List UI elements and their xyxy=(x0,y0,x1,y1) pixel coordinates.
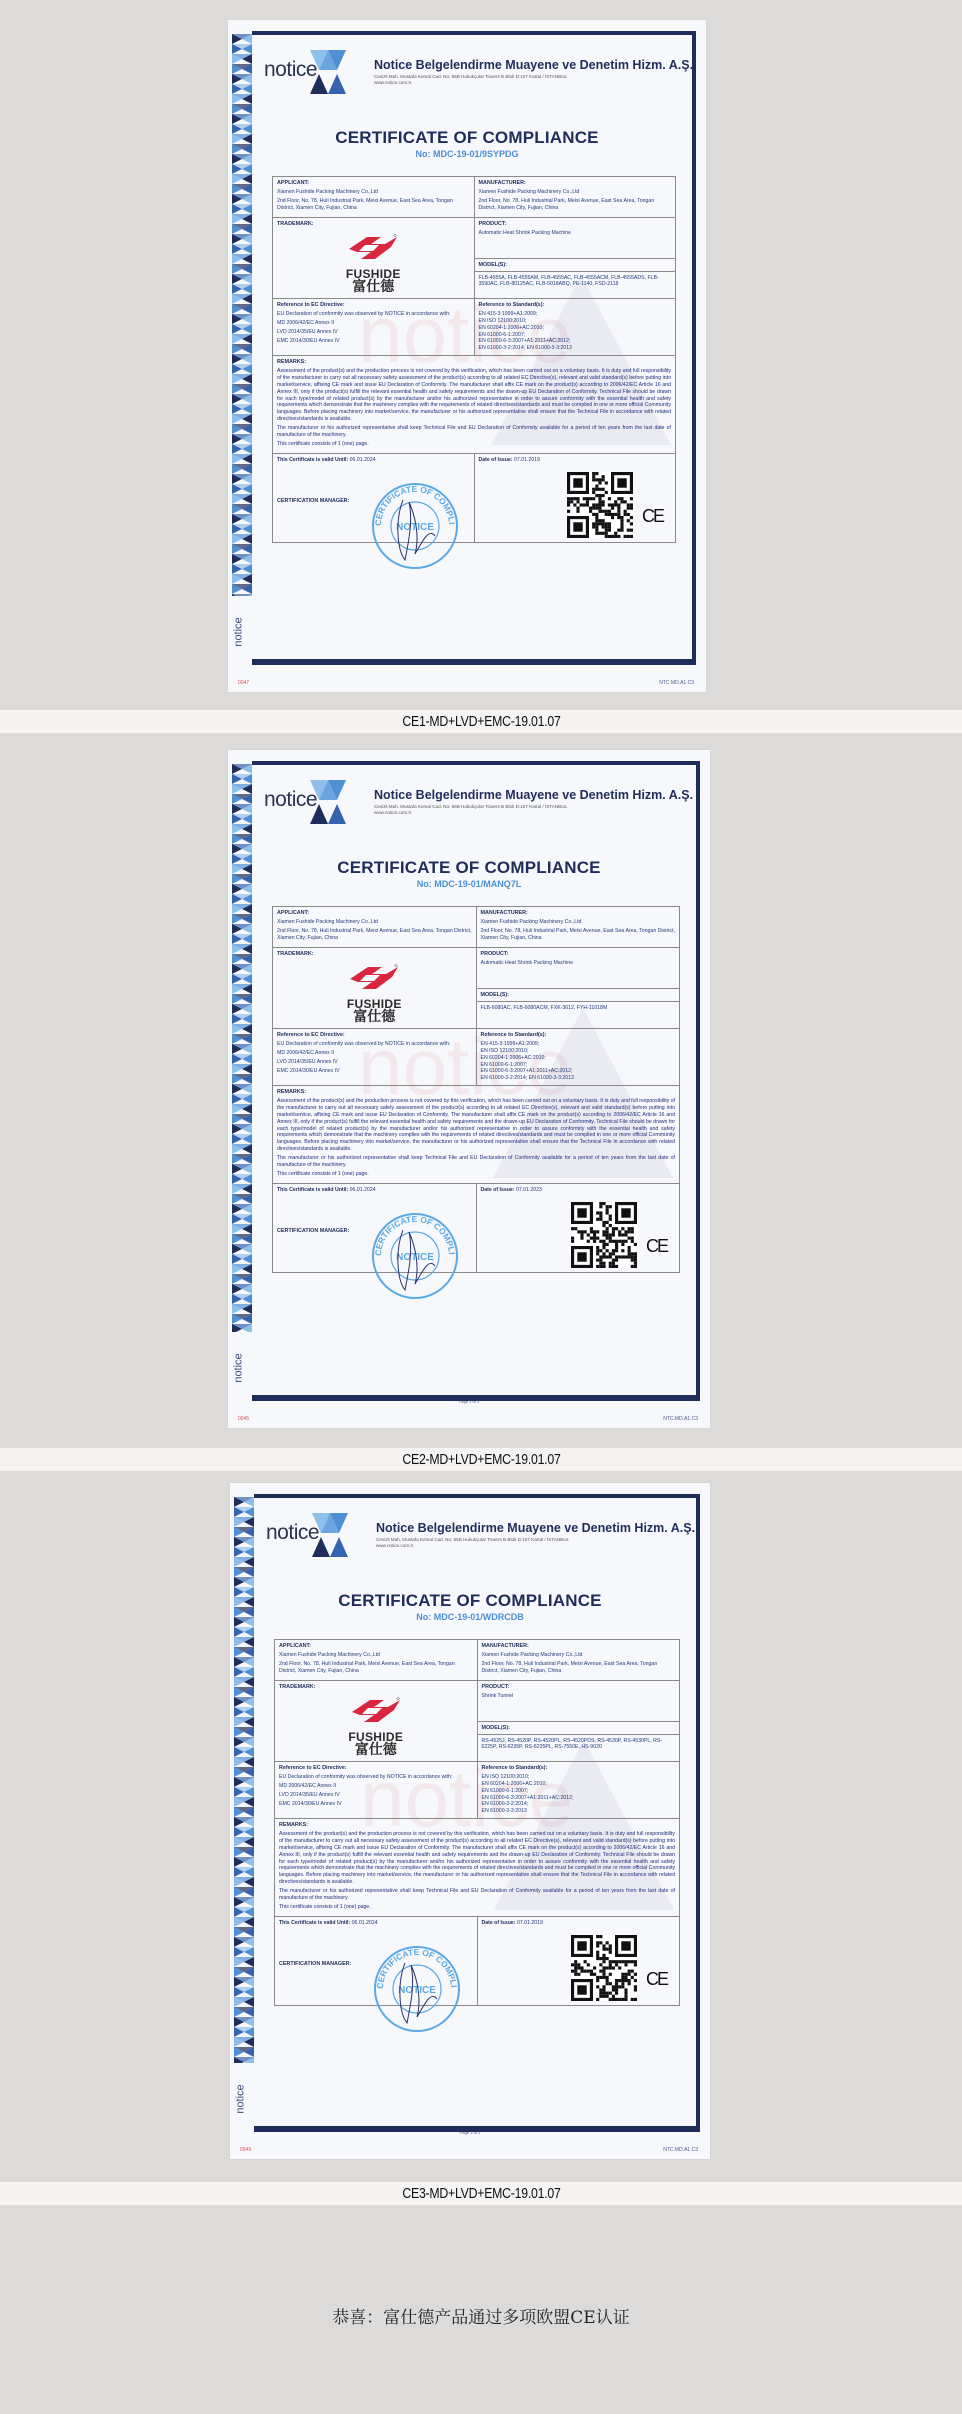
standard-item: EN 60204-1:2006+AC:2010; xyxy=(482,1781,676,1788)
certificate-table: APPLICANT: Xiamen Fushide Packing Machin… xyxy=(272,906,680,1273)
notice-stamp-icon: CERTIFICATE OF COMPLIANCE NOTICE xyxy=(371,1943,463,2035)
parties-row: APPLICANT: Xiamen Fushide Packing Machin… xyxy=(273,907,679,948)
ec-directive-lines: EU Declaration of conformity was observe… xyxy=(277,311,470,344)
trademark-label: TRADEMARK: xyxy=(277,951,472,957)
remarks-row: REMARKS: Assessment of the product(s) an… xyxy=(275,1819,679,1916)
text-line: MD 2006/42/EC Annex II xyxy=(277,320,470,327)
decorative-triangle-strip xyxy=(232,34,252,652)
validity-cell: This Certificate is valid Until: 06.01.2… xyxy=(273,454,474,542)
svg-text:CERTIFICATE OF COMPLIANCE: CERTIFICATE OF COMPLIANCE xyxy=(371,1943,459,1989)
references-row: Reference to EC Directive: EU Declaratio… xyxy=(273,299,675,356)
standards-list: EN ISO 12100:2010;EN 60204-1:2006+AC:201… xyxy=(482,1774,676,1815)
text-line: LVD 2014/35/EU Annex IV xyxy=(279,1792,473,1799)
text-line: MD 2006/42/EC Annex II xyxy=(277,1050,472,1057)
applicant-address: 2nd Floor, No. 78, Huli Industrial Park,… xyxy=(279,1661,473,1675)
remarks-text: Assessment of the product(s) and the pro… xyxy=(277,368,671,447)
standards-list: EN 415-3:1999+A1:2009;EN ISO 12100:2010;… xyxy=(481,1041,676,1082)
ec-directive-lines: EU Declaration of conformity was observe… xyxy=(279,1774,473,1807)
parties-row: APPLICANT: Xiamen Fushide Packing Machin… xyxy=(275,1640,679,1681)
standards-label: Reference to Standard(s): xyxy=(481,1032,676,1038)
standard-item: EN 61000-3-2:2014; EN 61000-3-3:2013 xyxy=(481,1075,676,1082)
text-line: LVD 2014/35/EU Annex IV xyxy=(277,329,470,336)
text-line: EU Declaration of conformity was observe… xyxy=(279,1774,473,1781)
remarks-label: REMARKS: xyxy=(277,1089,675,1095)
product-value: Automatic Heat Shrink Packing Machine xyxy=(481,960,676,988)
product-cell: PRODUCT: Automatic Heat Shrink Packing M… xyxy=(474,218,676,298)
trademark-brand: FUSHIDE xyxy=(277,998,472,1010)
certificate-2: notice notice notice Notice Belgelendirm… xyxy=(228,750,710,1428)
trademark-chinese: 富仕德 xyxy=(277,280,470,295)
product-value: Automatic Heat Shrink Packing Machine xyxy=(479,230,672,258)
certificate-caption: CE3-MD+LVD+EMC-19.01.07 xyxy=(0,2182,962,2205)
issuer-website: www.notice.com.tr xyxy=(374,80,411,85)
references-row: Reference to EC Directive: EU Declaratio… xyxy=(275,1762,679,1819)
product-cell: PRODUCT: Automatic Heat Shrink Packing M… xyxy=(476,948,680,1028)
text-line: EU Declaration of conformity was observe… xyxy=(277,311,470,318)
standards-label: Reference to Standard(s): xyxy=(482,1765,676,1771)
product-value: Shrink Tunnel xyxy=(482,1693,676,1721)
remarks-cell: REMARKS: Assessment of the product(s) an… xyxy=(273,356,675,452)
product-label: PRODUCT: xyxy=(479,221,672,227)
standard-item: EN 61000-3-2:2014; EN 61000-3-3:2013 xyxy=(479,345,672,352)
remarks-label: REMARKS: xyxy=(279,1822,675,1828)
serial-number: 0049 xyxy=(240,2147,251,2153)
trademark-label: TRADEMARK: xyxy=(277,221,470,227)
product-label: PRODUCT: xyxy=(482,1684,676,1690)
certification-manager-label: CERTIFICATION MANAGER: xyxy=(279,1961,351,1967)
standard-item: EN 415-3:1999+A1:2009; xyxy=(481,1041,676,1048)
models-value: FLB-4555A, FLB-4555AM, FLB-4555AC, FLB-4… xyxy=(479,275,672,289)
manufacturer-cell: MANUFACTURER: Xiamen Fushide Packing Mac… xyxy=(474,177,676,217)
ce-mark-icon: CE xyxy=(646,1969,667,1990)
notice-logo-icon xyxy=(310,1511,350,1559)
form-code: NTC.MD.A1.C3 xyxy=(663,2147,698,2153)
certificate-number: No: MDC-19-01/WDRCDB xyxy=(230,1612,710,1622)
certificate-table: APPLICANT: Xiamen Fushide Packing Machin… xyxy=(274,1639,680,2006)
applicant-cell: APPLICANT: Xiamen Fushide Packing Machin… xyxy=(273,907,476,947)
standard-item: EN 61000-6-3:2007+A1:2011+AC:2012; xyxy=(482,1795,676,1802)
text-line: The manufacturer or his authorized repre… xyxy=(277,425,671,439)
issuer-website: www.notice.com.tr xyxy=(374,810,411,815)
standards-cell: Reference to Standard(s): EN 415-3:1999+… xyxy=(476,1029,680,1085)
applicant-company: Xiamen Fushide Packing Machinery Co.,Ltd xyxy=(277,189,470,196)
standard-item: EN 61000-6-3:2007+A1:2011+AC:2012; xyxy=(481,1068,676,1075)
signature-row: This Certificate is valid Until: 06.01.2… xyxy=(273,454,675,542)
issuer-name: Notice Belgelendirme Muayene ve Denetim … xyxy=(374,58,693,72)
valid-until: This Certificate is valid Until: 06.01.2… xyxy=(277,457,470,463)
remarks-label: REMARKS: xyxy=(277,359,671,365)
text-line: Assessment of the product(s) and the pro… xyxy=(279,1831,675,1886)
signature-row: This Certificate is valid Until: 06.01.2… xyxy=(273,1184,679,1272)
trademark-product-row: TRADEMARK: FUSHIDE 富仕德 PRODUCT: Shrink T… xyxy=(275,1681,679,1762)
manufacturer-company: Xiamen Fushide Packing Machinery Co.,Ltd xyxy=(481,919,676,926)
applicant-address: 2nd Floor, No. 78, Huli Industrial Park,… xyxy=(277,198,470,212)
references-row: Reference to EC Directive: EU Declaratio… xyxy=(273,1029,679,1086)
notice-logo-icon xyxy=(308,48,348,96)
page-note: Page 1 of 1 xyxy=(228,1399,710,1404)
manufacturer-company: Xiamen Fushide Packing Machinery Co.,Ltd xyxy=(479,189,672,196)
trademark-brand: FUSHIDE xyxy=(277,268,470,280)
validity-cell: This Certificate is valid Until: 06.01.2… xyxy=(275,1917,477,2005)
standard-item: EN 61000-3-2:2014; xyxy=(482,1801,676,1808)
remarks-text: Assessment of the product(s) and the pro… xyxy=(277,1098,675,1177)
congratulation-message: 恭喜：富仕德产品通过多项欧盟CE认证 xyxy=(0,2303,962,2328)
issuer-header: notice Notice Belgelendirme Muayene ve D… xyxy=(264,48,690,100)
standard-item: EN ISO 12100:2010; xyxy=(482,1774,676,1781)
text-line: Assessment of the product(s) and the pro… xyxy=(277,368,671,423)
trademark-chinese: 富仕德 xyxy=(277,1010,472,1025)
fushide-emblem-icon xyxy=(346,963,402,993)
manufacturer-address: 2nd Floor, No. 78, Huli Industrial Park,… xyxy=(481,928,676,942)
trademark-chinese: 富仕德 xyxy=(279,1743,473,1758)
standard-item: EN 61000-6-1:2007; xyxy=(481,1062,676,1069)
trademark-product-row: TRADEMARK: FUSHIDE 富仕德 PRODUCT: Automati… xyxy=(273,948,679,1029)
ce-mark-icon: CE xyxy=(642,506,663,527)
caption-text: CE2-MD+LVD+EMC-19.01.07 xyxy=(402,1448,560,1471)
issuer-name: Notice Belgelendirme Muayene ve Denetim … xyxy=(376,1521,695,1535)
applicant-label: APPLICANT: xyxy=(279,1643,473,1649)
qr-code-icon xyxy=(567,472,633,538)
issuer-address: Cevizli Mah. Mustafa Kemal Cad. No: 66B … xyxy=(376,1537,569,1542)
models-value: RS-4525J, RS-4520P, RS-4520PL, RS-4520PD… xyxy=(482,1738,676,1752)
applicant-label: APPLICANT: xyxy=(277,910,472,916)
issuer-address: Cevizli Mah. Mustafa Kemal Cad. No: 66B … xyxy=(374,804,567,809)
standard-item: EN 61000-3-3:2013 xyxy=(482,1808,676,1815)
issuer-name: Notice Belgelendirme Muayene ve Denetim … xyxy=(374,788,693,802)
remarks-cell: REMARKS: Assessment of the product(s) an… xyxy=(275,1819,679,1915)
page-note: Page 1 of 1 xyxy=(230,2130,710,2135)
text-line: EU Declaration of conformity was observe… xyxy=(277,1041,472,1048)
models-label: MODEL(S): xyxy=(482,1725,676,1731)
certificate-table: APPLICANT: Xiamen Fushide Packing Machin… xyxy=(272,176,676,543)
date-of-issue: Date of Issue: 07.01.2023 xyxy=(481,1187,676,1193)
certificate-number: No: MDC-19-01/9SYPDG xyxy=(228,149,706,159)
serial-number: 0045 xyxy=(238,1416,249,1422)
manufacturer-address: 2nd Floor, No. 78, Huli Industrial Park,… xyxy=(482,1661,676,1675)
standard-item: EN 61000-6-1:2007; xyxy=(482,1788,676,1795)
text-line: EMC 2014/30/EU Annex IV xyxy=(277,1068,472,1075)
applicant-company: Xiamen Fushide Packing Machinery Co.,Ltd xyxy=(277,919,472,926)
svg-text:CERTIFICATE OF COMPLIANCE: CERTIFICATE OF COMPLIANCE xyxy=(369,480,457,526)
certificate-title: CERTIFICATE OF COMPLIANCE xyxy=(228,128,706,148)
standard-item: EN 61000-6-1:2007; xyxy=(479,332,672,339)
parties-row: APPLICANT: Xiamen Fushide Packing Machin… xyxy=(273,177,675,218)
models-label: MODEL(S): xyxy=(481,992,676,998)
issuer-address: Cevizli Mah. Mustafa Kemal Cad. No: 66B … xyxy=(374,74,567,79)
certificate-number: No: MDC-19-01/MANQ7L xyxy=(228,879,710,889)
applicant-cell: APPLICANT: Xiamen Fushide Packing Machin… xyxy=(275,1640,477,1680)
manufacturer-label: MANUFACTURER: xyxy=(479,180,672,186)
ec-directive-label: Reference to EC Directive: xyxy=(279,1765,473,1771)
side-notice-logo: notice xyxy=(234,2079,254,2119)
date-of-issue: Date of Issue: 07.01.2019 xyxy=(482,1920,676,1926)
standards-cell: Reference to Standard(s): EN 415-3:1999+… xyxy=(474,299,676,355)
certificate-title: CERTIFICATE OF COMPLIANCE xyxy=(230,1591,710,1611)
text-line: This certificate consists of 1 (one) pag… xyxy=(279,1904,675,1911)
remarks-row: REMARKS: Assessment of the product(s) an… xyxy=(273,356,675,453)
side-notice-logo: notice xyxy=(232,1348,252,1388)
fushide-emblem-icon xyxy=(348,1696,404,1726)
signature-row: This Certificate is valid Until: 06.01.2… xyxy=(275,1917,679,2005)
ce-mark-icon: CE xyxy=(646,1236,667,1257)
applicant-company: Xiamen Fushide Packing Machinery Co.,Ltd xyxy=(279,1652,473,1659)
svg-text:CERTIFICATE OF COMPLIANCE: CERTIFICATE OF COMPLIANCE xyxy=(369,1210,457,1256)
text-line: This certificate consists of 1 (one) pag… xyxy=(277,441,671,448)
side-notice-logo: notice xyxy=(232,612,252,652)
applicant-address: 2nd Floor, No. 78, Huli Industrial Park,… xyxy=(277,928,472,942)
trademark-label: TRADEMARK: xyxy=(279,1684,473,1690)
text-line: Assessment of the product(s) and the pro… xyxy=(277,1098,675,1153)
manufacturer-address: 2nd Floor, No. 78, Huli Industrial Park,… xyxy=(479,198,672,212)
certificate-title: CERTIFICATE OF COMPLIANCE xyxy=(228,858,710,878)
manufacturer-company: Xiamen Fushide Packing Machinery Co.,Ltd xyxy=(482,1652,676,1659)
ec-directive-cell: Reference to EC Directive: EU Declaratio… xyxy=(273,299,474,355)
issue-cell: Date of Issue: 07.01.2023 CE xyxy=(476,1184,680,1272)
standard-item: EN 415-3:1999+A1:2009; xyxy=(479,311,672,318)
applicant-label: APPLICANT: xyxy=(277,180,470,186)
certification-manager-label: CERTIFICATION MANAGER: xyxy=(277,498,349,504)
text-line: EMC 2014/30/EU Annex IV xyxy=(277,338,470,345)
text-line: MD 2006/42/EC Annex II xyxy=(279,1783,473,1790)
manufacturer-label: MANUFACTURER: xyxy=(482,1643,676,1649)
notice-logo-icon xyxy=(308,778,348,826)
certificate-1: notice notice notice Notice Belgelendirm… xyxy=(228,20,706,692)
qr-code-icon xyxy=(571,1202,637,1268)
validity-cell: This Certificate is valid Until: 06.01.2… xyxy=(273,1184,476,1272)
product-label: PRODUCT: xyxy=(481,951,676,957)
valid-until: This Certificate is valid Until: 06.01.2… xyxy=(277,1187,472,1193)
text-line: This certificate consists of 1 (one) pag… xyxy=(277,1171,675,1178)
trademark-product-row: TRADEMARK: FUSHIDE 富仕德 PRODUCT: Automati… xyxy=(273,218,675,299)
remarks-text: Assessment of the product(s) and the pro… xyxy=(279,1831,675,1910)
ec-directive-label: Reference to EC Directive: xyxy=(277,1032,472,1038)
applicant-cell: APPLICANT: Xiamen Fushide Packing Machin… xyxy=(273,177,474,217)
ec-directive-label: Reference to EC Directive: xyxy=(277,302,470,308)
standard-item: EN 60204-1:2006+AC:2010; xyxy=(481,1055,676,1062)
fushide-emblem-icon xyxy=(345,233,401,263)
fushide-logo: FUSHIDE 富仕德 xyxy=(277,233,470,295)
manufacturer-cell: MANUFACTURER: Xiamen Fushide Packing Mac… xyxy=(477,1640,680,1680)
issuer-header: notice Notice Belgelendirme Muayene ve D… xyxy=(266,1511,694,1563)
standard-item: EN 60204-1:2006+AC:2010; xyxy=(479,325,672,332)
fushide-logo: FUSHIDE 富仕德 xyxy=(277,963,472,1025)
standard-item: EN 61000-6-3:2007+A1:2011+AC:2012; xyxy=(479,338,672,345)
product-cell: PRODUCT: Shrink Tunnel MODEL(S): RS-4525… xyxy=(477,1681,680,1761)
standards-list: EN 415-3:1999+A1:2009;EN ISO 12100:2010;… xyxy=(479,311,672,352)
remarks-row: REMARKS: Assessment of the product(s) an… xyxy=(273,1086,679,1183)
certificate-caption: CE1-MD+LVD+EMC-19.01.07 xyxy=(0,710,962,733)
fushide-logo: FUSHIDE 富仕德 xyxy=(279,1696,473,1758)
text-line: LVD 2014/35/EU Annex IV xyxy=(277,1059,472,1066)
trademark-brand: FUSHIDE xyxy=(279,1731,473,1743)
ec-directive-cell: Reference to EC Directive: EU Declaratio… xyxy=(273,1029,476,1085)
remarks-cell: REMARKS: Assessment of the product(s) an… xyxy=(273,1086,679,1182)
trademark-cell: TRADEMARK: FUSHIDE 富仕德 xyxy=(273,218,474,298)
standard-item: EN ISO 12100:2010; xyxy=(479,318,672,325)
issuer-website: www.notice.com.tr xyxy=(376,1543,413,1548)
certification-manager-label: CERTIFICATION MANAGER: xyxy=(277,1228,349,1234)
certificate-caption: CE2-MD+LVD+EMC-19.01.07 xyxy=(0,1448,962,1471)
date-of-issue: Date of Issue: 07.01.2019 xyxy=(479,457,672,463)
caption-text: CE1-MD+LVD+EMC-19.01.07 xyxy=(402,710,560,733)
form-code: NTC.MD.A1.C3 xyxy=(659,680,694,686)
notice-stamp-icon: CERTIFICATE OF COMPLIANCE NOTICE xyxy=(369,480,461,572)
caption-text: CE3-MD+LVD+EMC-19.01.07 xyxy=(402,2182,560,2205)
models-label: MODEL(S): xyxy=(479,262,672,268)
issue-cell: Date of Issue: 07.01.2019 CE xyxy=(477,1917,680,2005)
manufacturer-label: MANUFACTURER: xyxy=(481,910,676,916)
text-line: EMC 2014/30/EU Annex IV xyxy=(279,1801,473,1808)
standards-cell: Reference to Standard(s): EN ISO 12100:2… xyxy=(477,1762,680,1818)
trademark-cell: TRADEMARK: FUSHIDE 富仕德 xyxy=(273,948,476,1028)
qr-code-icon xyxy=(571,1935,637,2001)
form-code: NTC.MD.A1.C3 xyxy=(663,1416,698,1422)
trademark-cell: TRADEMARK: FUSHIDE 富仕德 xyxy=(275,1681,477,1761)
standards-label: Reference to Standard(s): xyxy=(479,302,672,308)
manufacturer-cell: MANUFACTURER: Xiamen Fushide Packing Mac… xyxy=(476,907,680,947)
valid-until: This Certificate is valid Until: 06.01.2… xyxy=(279,1920,473,1926)
serial-number: 0047 xyxy=(238,680,249,686)
text-line: The manufacturer or his authorized repre… xyxy=(277,1155,675,1169)
models-value: FLB-6080AC, FLB-6080ACM, FXK-3612, FYH-1… xyxy=(481,1005,676,1012)
ec-directive-cell: Reference to EC Directive: EU Declaratio… xyxy=(275,1762,477,1818)
ec-directive-lines: EU Declaration of conformity was observe… xyxy=(277,1041,472,1074)
standard-item: EN ISO 12100:2010; xyxy=(481,1048,676,1055)
notice-stamp-icon: CERTIFICATE OF COMPLIANCE NOTICE xyxy=(369,1210,461,1302)
certificate-3: notice notice notice Notice Belgelendirm… xyxy=(230,1483,710,2159)
issuer-header: notice Notice Belgelendirme Muayene ve D… xyxy=(264,778,694,830)
text-line: The manufacturer or his authorized repre… xyxy=(279,1888,675,1902)
issue-cell: Date of Issue: 07.01.2019 CE xyxy=(474,454,676,542)
